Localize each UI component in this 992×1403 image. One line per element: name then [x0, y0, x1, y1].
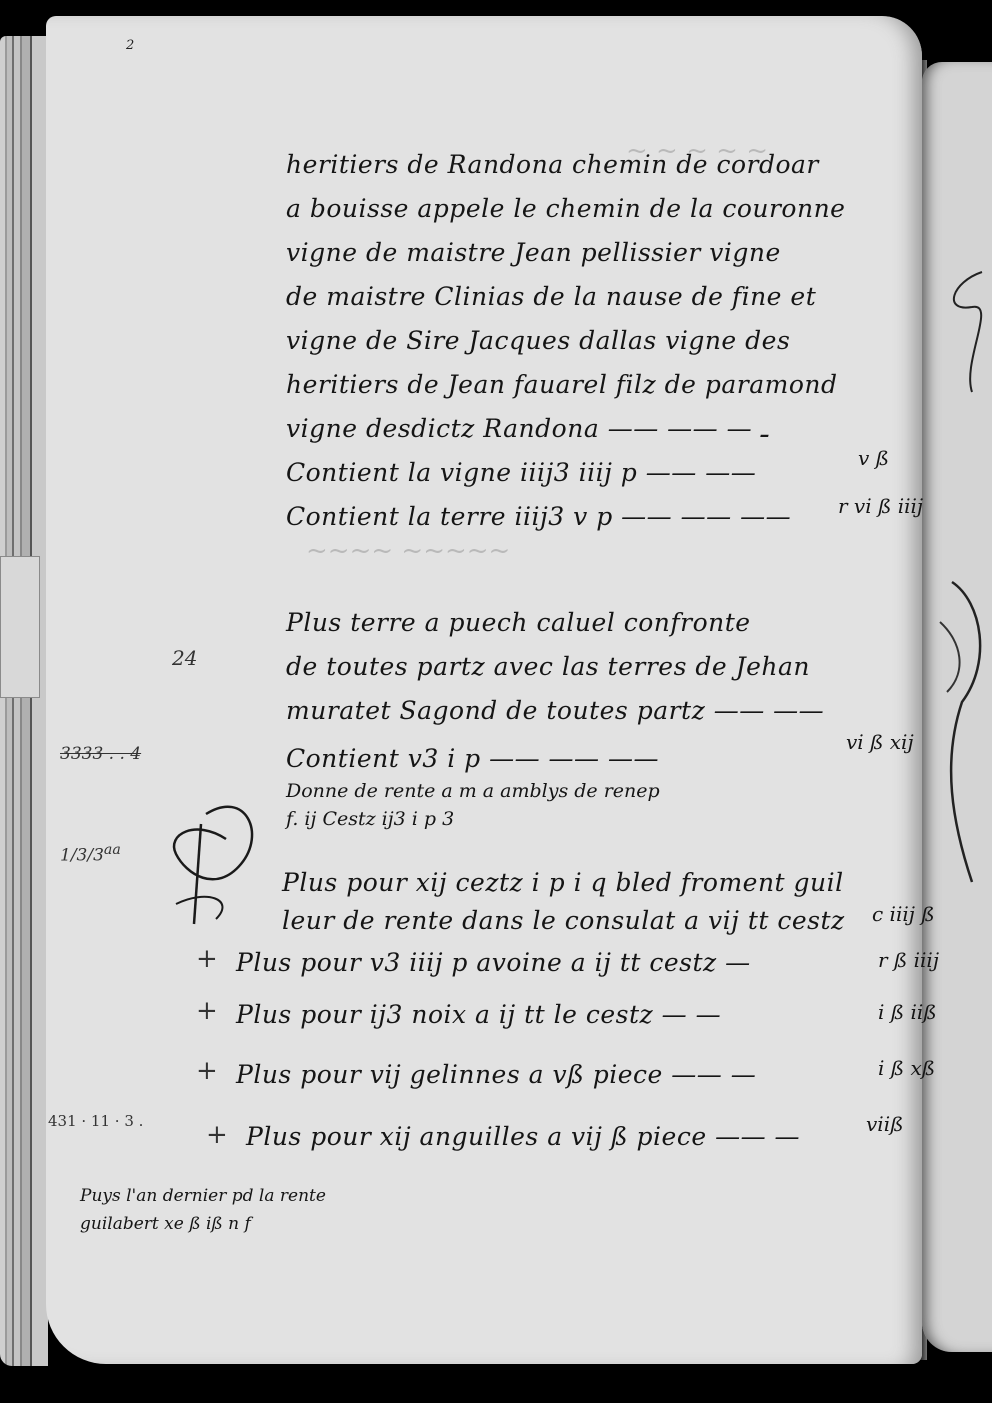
paragraph-flourish-icon	[146, 794, 266, 934]
bookmark-slip	[0, 556, 40, 698]
next-leaf-flourish-icon	[922, 62, 992, 1352]
cross-mark-icon: +	[196, 944, 218, 974]
item-total: i ß iiß	[878, 1000, 937, 1024]
text-line: heritiers de Jean fauarel filz de paramo…	[286, 370, 838, 399]
dash-leader: —— —— ——	[621, 502, 791, 531]
text-line: vigne de maistre Jean pellissier vigne	[286, 238, 781, 267]
item-total: viiß	[866, 1112, 903, 1136]
list-item: Plus pour vij gelinnes a vß piece —— —	[236, 1060, 756, 1089]
cross-mark-icon: +	[196, 996, 218, 1026]
contient-terre-text: Contient la terre iiij3 v p	[286, 502, 613, 531]
dash-leader: —— ——	[646, 458, 756, 487]
text-line: de toutes partz avec las terres de Jehan	[286, 652, 810, 681]
list-item-text: Plus pour vij gelinnes a vß piece	[236, 1060, 663, 1089]
dash-leader: —— —	[663, 1060, 756, 1089]
dash-leader: —— ——	[714, 696, 824, 725]
rente-note-line-2: f. ij Cestz ij3 i p 3	[286, 808, 454, 830]
footer-note-line-1: Puys l'an dernier pd la rente	[80, 1186, 326, 1206]
item-total: i ß xß	[878, 1056, 935, 1080]
manuscript-leaf: ~ ~ ~ ~ ~ ~~~~ ~~~~~ 2 heritiers de Rand…	[46, 16, 922, 1364]
dash-leader: — —	[653, 1000, 721, 1029]
list-item-text: Plus pour ij3 noix a ij tt le cestz	[236, 1000, 653, 1029]
item-total: r ß iiij	[878, 948, 939, 972]
next-leaf-edge	[922, 62, 992, 1352]
contient-line: Contient v3 i p —— —— ——	[286, 744, 659, 773]
text-line-content: muratet Sagond de toutes partz	[286, 696, 705, 725]
list-item: Plus pour xij ceztz i p i q bled froment…	[282, 868, 844, 897]
footer-note-line-2: guilabert xe ß iß n f	[80, 1214, 251, 1234]
margin-reference: 431 · 11 · 3 .	[48, 1112, 143, 1130]
block1-total-vigne: v ß	[858, 446, 889, 470]
text-line: muratet Sagond de toutes partz —— ——	[286, 696, 824, 725]
text-line: heritiers de Randona chemin de cordoar	[286, 150, 819, 179]
struck-margin-note: 3333 . . 4	[60, 744, 141, 764]
dash-leader: —— —— — ـ	[608, 414, 768, 443]
contient-vigne-line: Contient la vigne iiij3 iiij p —— ——	[286, 458, 756, 487]
text-line: vigne desdictz Randona —— —— — ـ	[286, 414, 768, 443]
list-item: Plus pour ij3 noix a ij tt le cestz — —	[236, 1000, 721, 1029]
text-line: Plus terre a puech caluel confronte	[286, 608, 751, 637]
bleed-through-text: ~~~~ ~~~~~	[306, 536, 510, 566]
cross-mark-icon: +	[206, 1120, 228, 1150]
dash-leader: —	[717, 948, 751, 977]
contient-vigne-text: Contient la vigne iiij3 iiij p	[286, 458, 637, 487]
margin-fraction-value: 1/3/3	[60, 846, 104, 866]
block1-total-terre: r vi ß iiij	[838, 494, 923, 518]
list-item-text: Plus pour xij anguilles a vij ß piece	[246, 1122, 707, 1151]
dash-leader: —— —	[707, 1122, 800, 1151]
text-line: a bouisse appele le chemin de la couronn…	[286, 194, 845, 223]
contient-terre-line: Contient la terre iiij3 v p —— —— ——	[286, 502, 791, 531]
margin-fraction-sup: aa	[104, 842, 121, 858]
margin-fraction: 1/3/3aa	[60, 842, 121, 866]
rente-note-line-1: Donne de rente a m a amblys de renep	[286, 780, 660, 802]
item-total: c iiij ß	[872, 902, 935, 926]
list-item-continuation: leur de rente dans le consulat a vij tt …	[282, 906, 845, 935]
folio-mark: 2	[126, 38, 134, 53]
dash-leader: —— —— ——	[489, 744, 659, 773]
margin-number: 24	[172, 646, 197, 670]
list-item: Plus pour xij anguilles a vij ß piece ——…	[246, 1122, 800, 1151]
list-item: Plus pour v3 iiij p avoine a ij tt cestz…	[236, 948, 751, 977]
list-item-text: Plus pour v3 iiij p avoine a ij tt cestz	[236, 948, 717, 977]
cross-mark-icon: +	[196, 1056, 218, 1086]
text-line: vigne de Sire Jacques dallas vigne des	[286, 326, 790, 355]
block2-total: vi ß xij	[846, 730, 914, 754]
text-line: de maistre Clinias de la nause de fine e…	[286, 282, 816, 311]
page-stack-left	[0, 36, 48, 1366]
text-line-content: vigne desdictz Randona	[286, 414, 599, 443]
contient-text: Contient v3 i p	[286, 744, 481, 773]
